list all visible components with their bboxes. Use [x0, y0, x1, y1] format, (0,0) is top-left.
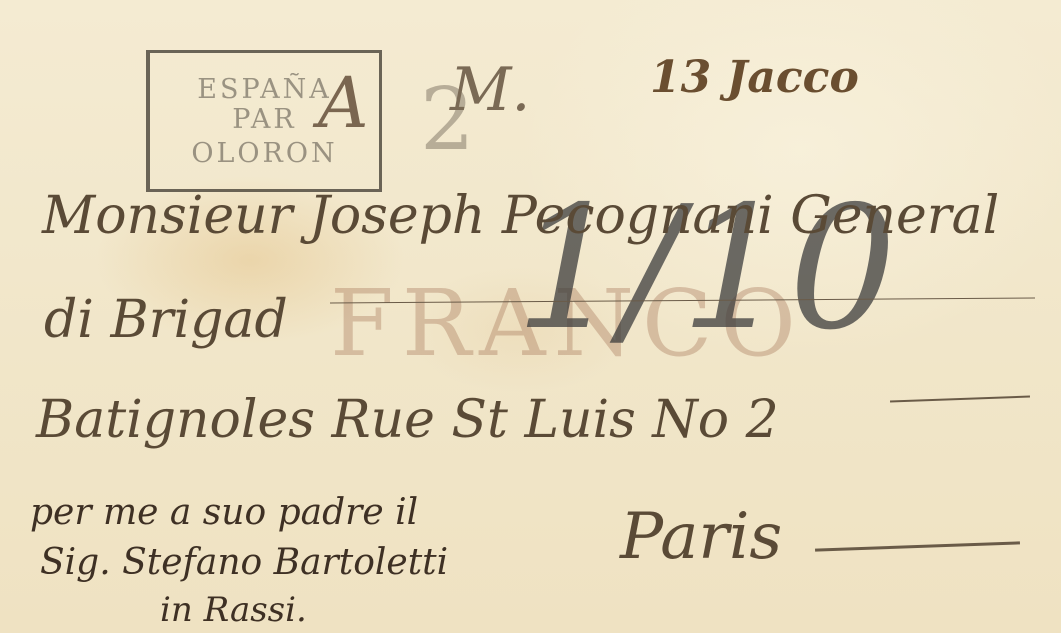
city-underline	[815, 541, 1020, 551]
annotation-top-right: 13 Jacco	[650, 52, 859, 103]
address-city: Paris	[620, 500, 782, 574]
underline-flourish	[890, 396, 1030, 403]
note-line-1: per me a suo padre il	[30, 492, 418, 533]
annotation-top-left: A	[318, 62, 369, 144]
address-line-1: Monsieur Joseph Pecognani General	[42, 186, 999, 246]
address-line-2: di Brigad	[44, 290, 288, 350]
address-line-3: Batignoles Rue St Luis No 2	[36, 390, 779, 450]
note-line-3: in Rassi.	[160, 590, 307, 630]
note-line-2: Sig. Stefano Bartoletti	[40, 542, 448, 583]
annotation-top: M.	[450, 55, 531, 125]
envelope: ESPAÑA PAR OLORON A 2 M. 13 Jacco FRANCO…	[0, 0, 1061, 633]
